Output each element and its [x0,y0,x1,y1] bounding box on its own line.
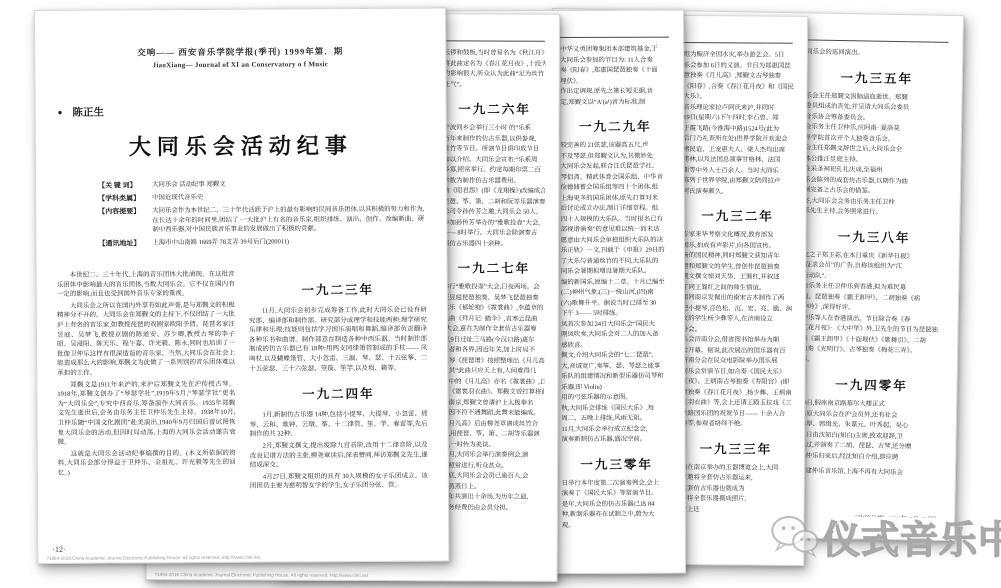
year-heading: 一九三零年 [562,454,672,472]
meta-text: 中国近现代音乐史 [152,192,424,204]
page5-text-column: 同乐会的巡回演出。一九三五年乐会主任郑觐文因脑溢血逝世。郑觐委员组成治丧处,并呈… [798,47,948,525]
text-line: 会务经费仍由会员分担。 [442,503,544,514]
text-line: 总司令孙传芳之邀,大同乐会 50人、 [443,207,545,218]
body-column-left: 本世纪二、三十年代,上海的音乐团体大批涌现。在这批音乐团体中影响最大的音乐团体,… [57,270,237,537]
text-line: 大,音域宽广,奏筝、瑟、琴瑟之能事 [561,361,671,372]
text-line: 大乐》。 [683,92,793,103]
text-line: 乐先生主持,会务照常进行。 [803,206,945,219]
text-line: 奏,用琵琶、筝、箫、二胡等乐器演 [442,429,544,440]
text-line: 乐器,即 Violin) [561,382,671,393]
text-line: 同乐会暑期拟增设暑期大乐队。 [561,267,671,278]
text-line: 《月儿高》后由柳尧章谱成丝竹合 [442,419,544,430]
scanned-article-stage: 同乐会的巡回演出。一九三五年乐会主任郑觐文因脑溢血逝世。郑觐委员组成治丧处,并呈… [0,0,1001,588]
page4-text-column: 组为赈济全国水灾,举办游艺会。5日乐会参加 6日的义演。节目为郑惠国琵琶独奏《月… [680,50,793,551]
text-line: —— 8时举行。大同乐会除演奏古 [443,228,545,239]
text-line: 琶独奏《春江花月夜》,杨少彝、王炳南 [681,388,791,399]
text-line: 观。 [562,520,672,531]
text-line: 参加孙传芳举办的“雅歌投壶”大会, [443,218,545,229]
article-meta-block: 【关 键 词】大同乐会 活动纪事 郑觐文【学科类属】中国近现代音乐史【内容提要】… [98,179,424,252]
wechat-logo-icon [768,510,820,562]
text-line: 济南分会在民众电影院举办国乐展 [682,356,792,367]
text-line: 编的新国乐,原编十二章。十月已编至 [561,277,671,288]
text-line: 19日(星期六)下午四时,李石曾、郑 [683,113,793,124]
text-line: 吐气”。 [444,80,546,91]
text-line: 日举行本年度第二次演奏例会,会上 [562,478,672,489]
body-columns: 本世纪二、三十年代,上海的音乐团体大批涌现。在这批音乐团体中影响最大的音乐团体,… [57,269,429,537]
text-line: 觐文撰文悼刘天华、王巽红,并叙述 [682,272,792,283]
watermark-text: 仪式音乐中心 [822,509,1001,564]
text-line: 云锣和鼓板,当时曾易名为《秋江月》, [444,48,546,59]
text-line: 昆曲《拜月记· 踏伞》,袁寒云昆曲 [443,314,545,325]
text-line: 曲《昭君怨》(即《龙翔操》)改编成合 [443,186,545,197]
text-line: 埋伏》。 [560,76,670,87]
text-line: 《羽衣曲》等,会上还请王殿玉拉戏《三 [681,398,791,409]
text-line: 下午 3—— 5时排练。 [561,309,671,320]
text-line: 将此曲定名为《春江花月夜》,十段为 [444,59,546,70]
text-line: 上海更多的国乐团体,原先打算对未 [561,193,671,204]
meta-label: 【通讯地址】 [98,238,152,248]
text-line: 演奏了《国民大乐》等常演节目。 [562,489,672,500]
article-title: 大同乐会活动纪事 [36,128,446,162]
text-line: 国乐,拍成有声影片,向各国宣传。 [682,241,792,252]
text-line: 弦乐《郁轮袍》《霓裳曲》,李蕴章的 [443,303,545,314]
text-line: 不及琴瑟,但郑觐文认为,其微妙处 [560,151,670,162]
text-line: 历年来制作的仿古乐器,以供参观, [443,134,545,145]
text-line: 名《霓裳羽衣曲》。郑觐文曾打算将此 [442,387,544,398]
text-line: 余数为制作仿古乐器费用。 [443,176,545,187]
text-line: (六)歌舞升平。据说当时已排至 30 [561,298,671,309]
meta-label: 【学科类属】 [98,193,152,203]
text-line: 记者和各界,因近年关,加上时局不 [443,345,545,356]
text-line: 作出定调规,原先之箫长短无据,音 [560,87,670,98]
text-line: 12月,大同乐会举行演奏例会,演 [442,450,544,461]
text-line: 是年,大同乐会的仿古乐器已达 84 [562,499,672,510]
year-heading: 一九二六年 [444,99,546,117]
text-line: 加以介绍。大同乐会宣布:“乐系周 [443,155,545,166]
text-line: 在南京,郑觐文曾请沪上太极拳名 [442,398,544,409]
text-line: 愿意由大同乐会单独组织大乐队的决 [561,235,671,246]
text-line: 年底,大同乐会会员已逾百人,会 [442,471,544,482]
author-line: ●陈正生 [58,105,104,120]
meta-text: 大同乐会作为本世纪二、三十年代活跃于沪上的最有影响的民间音乐团体,以其积极的努力… [152,205,424,235]
text-line: 等。 [801,355,943,368]
text-line: 本年共演出十余场,为历年之最, [442,492,544,503]
copyright-line: ?1994-2016 China Academic Journal Electr… [46,554,440,561]
text-line: 秋,大同乐会排练《国民大乐》,每 [561,403,671,414]
page-number: ·12· [52,545,65,554]
text-line: 《夜》、王炳南古琴独奏《寿阳宫》(即 [681,377,791,388]
text-line: 11月,大同乐会举行成立纪念会, [561,424,671,435]
text-line: 铁路国乐团的祝贺节目—— 十余人合 [681,409,791,420]
text-line: 出照常进行,听众甚众。 [442,461,544,472]
text-line: 后讨论成立办法,制订详细章程。组 [561,204,671,215]
text-line: 汪昱庭琵琶独奏、吴梦飞琵琶独奏 [443,293,545,304]
text-line: 陈列于世界学院,由郑觐文陪同拉卢 [683,176,793,187]
text-line: 扬的国民精神,同时郑觐文获知青年 [682,251,792,262]
text-line: (二)神州气象,(三)一统山河,(四)南 [561,288,671,299]
page3-text-column: 中华义勇团筹集团本部建筑基金,于大同乐会参加的节目为: 11人合奏奏《阳春》,郑… [560,45,672,557]
paragraph: 郑觐文是1911年来沪的,来沪后郑觐文先在沪传授古琴。1918年,郑觐文创办了“… [57,379,235,447]
text-line: 情,9日迁址三马路(今汉口路)惠尔 [443,335,545,346]
year-heading: 一九二三年 [249,280,427,299]
body-column-right: 一九二三年11月,大同乐会初步完成筹备工作,此时大同乐会已设有研究部、编译部和制… [249,269,429,536]
text-line: 四十人规模的大乐队。当时报名已有 [561,214,671,225]
text-line: 取其“此曲只应天上有,人间难得几 [442,366,544,377]
page2-text-column: 云锣和鼓板,当时曾易名为《秋江月》,将此曲定名为《春江花月夜》,十段为的影响很大… [442,48,546,564]
text-line: 这套仿古乐器也就成为 [681,483,791,494]
text-line: 组为赈济全国水灾,举办游艺会。5日 [684,50,794,61]
text-line: 于霞飞路(今淮海中路)1524号(此为 [683,124,793,135]
text-line: 多寡,照常举行。约定每期印票二百 [443,165,545,176]
paragraph: 1月,新制仿古乐器 14种,包括小提琴、大提琴、小忽雷、瑶琴、云和、歌钟、云墩、… [249,410,427,440]
text-line: 组建仲乐音乐馆,上海不再有大同乐会 [799,466,941,479]
paragraph: 本世纪二、三十年代,上海的音乐团体大批涌现。在这批音乐团体中影响最大的音乐团体,… [57,270,235,300]
text-line: 同乐会的巡回演出。 [806,47,948,60]
text-line: 宁波同乡会举行三小时 的“乐系 [443,123,545,134]
text-line: 俭德储蓄会国乐组等四十个团体,组 [561,183,671,194]
text-line: 举行“雅歌投壶”大会,日夜两场。会 [443,282,545,293]
text-line: 秋琴《琵琶谱》按照整理出《月儿高》 [442,356,544,367]
meta-label: 【内容提要】 [98,206,152,235]
text-line: 用同南京发掘出的南宋古木制作了两 [682,293,792,304]
text-line: ”大会,意在为制作全套仿古乐器筹 [443,324,545,335]
text-line: 部视谱演奏”的意见难以统一而未达 [561,225,671,236]
meta-row: 【学科类属】中国近现代音乐史 [98,192,424,204]
text-line: 乐正轨》一文,刊载于《申报》29日的 [561,246,671,257]
text-line: 阿氏演奏颇久。 [683,187,793,198]
text-line: 谱中的《月儿高》亦名《霓裳曲》,且 [442,377,544,388]
paragraph: 11月,大同乐会初步完成筹备工作,此时大同乐会已设有研究部、编译部和制作部。研究… [249,306,427,374]
bullet-icon: ● [58,108,63,117]
text-line: 分会。 [682,325,792,336]
page-1: 交响—— 西安音乐学院学报(季刊) 1999年第．期 JiaoXiang— Jo… [34,7,449,564]
text-line: 琵琶、筝、箫、二胡和阮等乐器演奏。 [443,197,545,208]
text-line: 大同乐会发起,联合汪氏琵琶学社、 [561,162,671,173]
text-line: 后门乃礼查所在处)世界学院开欢迎会 [683,134,793,145]
paragraph: 这就是大同乐会活动纪事编撰的目的。(本文所依据的资料,大同乐会部分得益于卫仲乐、… [58,448,236,478]
paragraph: 2月,郑觐文撰文,提出废除九宫音阶,改用十二律音阶,以及改良记谱方法的主张,柳尧… [250,441,428,471]
text-line: 凤首次参加 24日大同乐会“国民大 [561,319,671,330]
text-line: 种,新制乐器亦在试制之中,蔚为大 [562,510,672,521]
journal-title-cn: 交响—— 西安音乐学院学报(季刊) 1999年第．期 [35,44,445,59]
text-line: 用的弓弦乐器的示意图。 [561,393,671,404]
journal-header: 交响—— 西安音乐学院学报(季刊) 1999年第．期 JiaoXiang— Jo… [35,44,445,70]
text-line: 务蒸蒸日上。 [442,482,544,493]
text-line: 刚凤吹奏,大同乐会对二人的加入备 [561,330,671,341]
text-line: 了同王巽红之间的师生情谊。 [682,283,792,294]
meta-row: 【内容提要】大同乐会作为本世纪二、三十年代活跃于沪上的最有影响的民间音乐团体,以… [98,205,424,236]
text-line: 甫林,以及法国总领事甘格林、法国 [683,155,793,166]
text-line: 琶独奏《月儿高》,郑觐文古琴独奏 [684,71,794,82]
text-line: 感欣喜。 [561,340,671,351]
text-line: 音乐理论家拉卢阿氏来沪,并同时 [683,103,793,114]
text-line: 定,郑觐文以“A′(a¹)音为标准,制 [560,97,670,108]
text-line: 琴侣斋、精武体育会国乐组、中华音 [561,172,671,183]
text-line: 大同乐会参加的节目为: 11人合奏 [560,55,670,66]
year-heading: 一九三八年 [803,226,945,246]
text-line: 乐队的组建情况和新型乐器仿司琴和 [561,372,671,383]
text-line: 应邀将全套仿古乐器运来, [681,473,791,484]
paragraph: 大同乐会之所以在国内外享有如此声誉,是与郑觐文的积极精神分不开的。大同乐会在郑觐… [57,301,235,379]
text-line: 时因不符不遇舞蹈,此舞未能编成。 [442,408,544,419]
text-line: 周二、五晚上排练,风雨无阻。 [561,414,671,425]
text-line: 会开幕。据说,此次展出的国乐器有百 [682,346,792,357]
meta-row: 【关 键 词】大同乐会 活动纪事 郑觐文 [98,179,424,191]
text-line: 琶和郑觐文的学生,曾创作琵琶独奏 [682,262,792,273]
text-line: 奏等,参观者络绎不绝。 [681,419,791,430]
text-line: 前在南京举办的玉器博览会上,大同 [681,462,791,473]
year-heading: 一九三三年 [681,439,791,458]
text-line: 奏《阳春》,郑惠国琵琶独奏《十面 [560,66,670,77]
text-line: 把小提琴,音色松、沉、宏、亮、脆、润 [682,304,792,315]
text-line: 斯等中外人士百余人。当时大同乐 [683,166,793,177]
year-heading: 一九二七年 [443,258,545,276]
text-line: 文的学生杨少彝等人,在济南设立 [682,314,792,325]
watermark: 仪式音乐中心 [768,496,998,576]
text-line: 丝竹等节目。所演节目俱印成节目 [443,144,545,155]
author-name: 陈正生 [72,108,104,119]
text-line: 较完善的 21弦瑟,该器高五尺,声 [560,141,670,152]
year-heading: 一九四零年 [800,374,942,394]
text-line: 《阳春》,合奏《春江花月夜》和《国民 [683,82,793,93]
text-line: 演奏新制仿古乐器,盛况空前。 [561,435,671,446]
paragraph: 4月27日,郑觐文组织的具有 30人规模的女子乐团成立。该团团员主要为慈明智女学… [250,471,428,491]
text-line: 中华义勇团筹集团本部建筑基金,于 [560,45,670,56]
text-line: 了大乐与普通丝竹的不同,大乐队的 [561,256,671,267]
text-line: 乐会济南分会,借省图书馆举办为期 [682,335,792,346]
text-line: 褚民谊、王宠惠夫人、梁人杰均出席 [683,145,793,156]
text-line: 的影响很大,听众认为此曲“足为丝竹 [444,69,546,80]
journal-title-en: JiaoXiang— Journal of XI an Conservatory… [35,59,445,70]
meta-label: 【关 键 词】 [98,180,152,190]
meta-row: 【通讯地址】上海市中山南路 1669弄 78支弄 39号后门(200011) [98,236,424,248]
text-line: 同乐会常演节目,如合奏《国民大乐》 [681,367,791,378]
year-heading: 一九三二年 [683,206,793,225]
text-line: 专家来华考察文化概况,教育部发 [682,230,792,241]
meta-text: 上海市中山南路 1669弄 78支弄 39号后门(200011) [152,236,424,248]
meta-text: 大同乐会 活动纪事 郑觐文 [152,179,424,191]
copyright-line: ?1994-2016 China Academic Journal Electr… [155,572,549,579]
year-heading: 一九二四年 [249,384,427,403]
text-line: 觐文,介绍大同乐会的“七二琵琶”, [561,351,671,362]
year-heading: 一九三五年 [806,67,948,87]
text-line: 乐会参加 6日的义演。节目为郑惠国琵 [684,61,794,72]
text-line: 奏,一时传为美谈。 [442,440,544,451]
text-line: 制仿古乐器四十余种。 [443,239,545,250]
year-heading: 一九二九年 [560,117,670,135]
